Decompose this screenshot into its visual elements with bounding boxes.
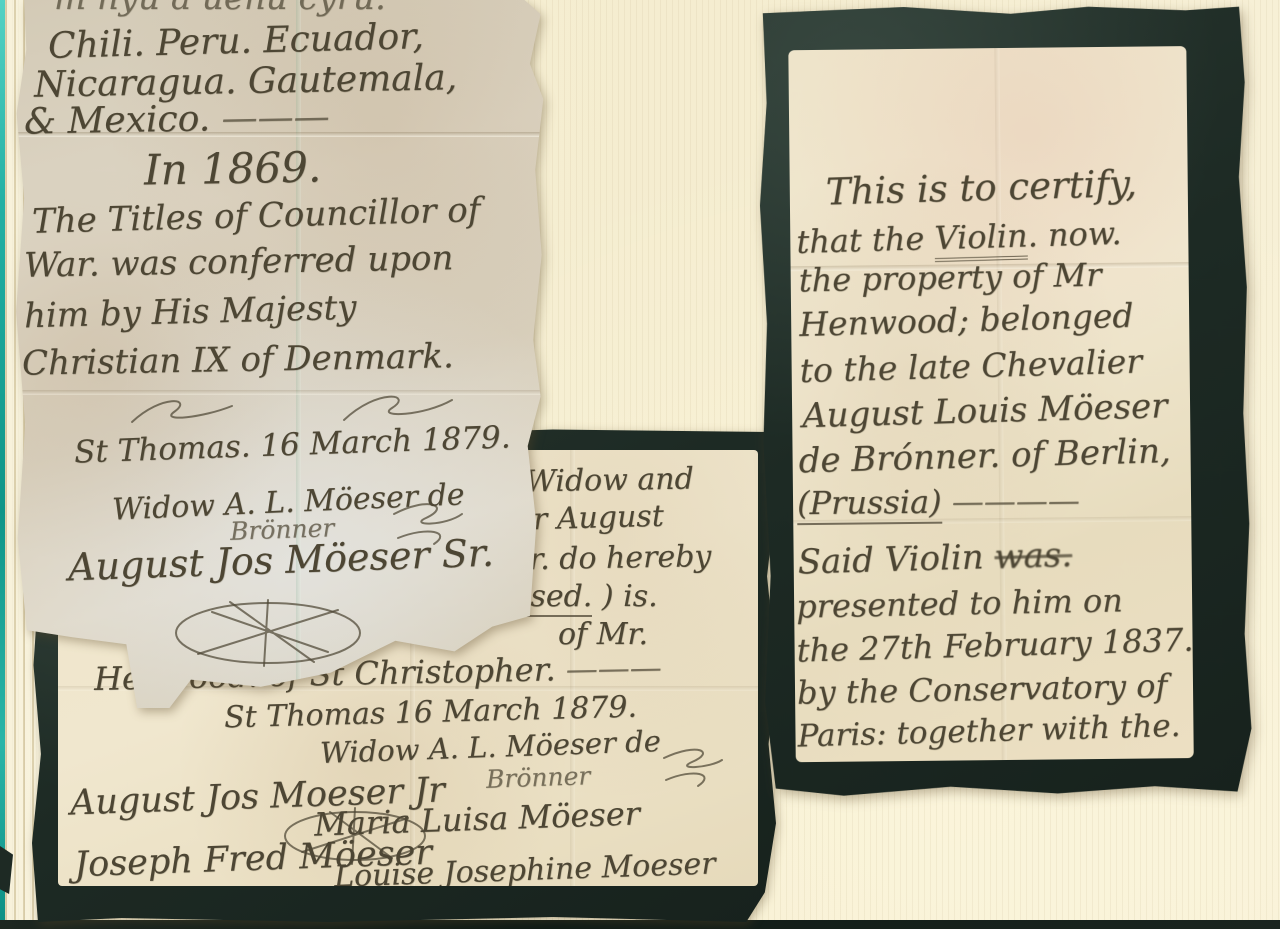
- letter-1869-document: m nyu a uenu cyru. Chili. Peru. Ecuador,…: [8, 0, 546, 708]
- flourish-squiggle-left: [128, 396, 238, 430]
- fragment-tail: ) is.: [592, 579, 657, 614]
- flourish-dash: ———: [565, 648, 662, 688]
- letter-body-line-4: Christian IX of Denmark.: [22, 338, 454, 383]
- line-9-pre: Said Violin: [797, 537, 995, 582]
- certificate-opening: This is to certify,: [825, 164, 1137, 213]
- letter-trimmed-top-line: m nyu a uenu cyru.: [54, 0, 386, 17]
- flourish-dash: ————: [952, 481, 1080, 520]
- certificate-line-5: to the late Chevalier: [799, 344, 1142, 390]
- certificate-line-4: Henwood; belonged: [799, 298, 1134, 344]
- letter-signature-august: August Jos Möeser Sr.: [67, 533, 494, 590]
- signature-underline-flourish: [148, 882, 348, 886]
- violin-certificate-document: This is to certify, that the Violin. now…: [758, 3, 1252, 796]
- letter-body-line-2: War. was conferred upon: [24, 240, 454, 285]
- underlined-word-violin: Violin: [934, 217, 1028, 263]
- certificate-line-3: the property of Mr: [798, 258, 1101, 299]
- fold-crease: [8, 390, 546, 395]
- certificate-line-12: by the Conservatory of: [797, 669, 1168, 711]
- letter-line-countries-3: & Mexico. ———: [24, 97, 330, 142]
- scanned-album-page: Widow and lier August ner. do hereby cea…: [0, 0, 1280, 929]
- signature-flourish-squiggle: [658, 746, 728, 792]
- scanner-edge-left: [0, 0, 5, 929]
- certificate-line-11: the 27th February 1837.: [796, 623, 1194, 669]
- signature-flourish-oval: [168, 594, 368, 672]
- letter-body-line-3: him by His Majesty: [24, 290, 357, 336]
- letter-body-line-1: The Titles of Councillor of: [32, 192, 481, 241]
- line-2-pre: that the: [796, 219, 935, 261]
- underlined-word-prussia: (Prussia): [797, 483, 942, 526]
- certificate-line-13: Paris: together with the.: [797, 709, 1181, 754]
- declaration-signature-widow: Widow A. L. Möeser de: [320, 726, 662, 770]
- certificate-line-9: Said Violin was.: [797, 537, 1072, 582]
- certificate-line-8: (Prussia) ————: [797, 483, 1080, 521]
- certificate-line-10: presented to him on: [796, 583, 1123, 624]
- letter-paper: m nyu a uenu cyru. Chili. Peru. Ecuador,…: [8, 0, 546, 708]
- mexico-text: & Mexico.: [24, 98, 211, 142]
- declaration-line-fragment: of Mr.: [558, 618, 648, 651]
- certificate-paper: This is to certify, that the Violin. now…: [788, 46, 1193, 762]
- letter-year-heading: In 1869.: [144, 144, 322, 193]
- flourish-dash: ———: [221, 96, 330, 139]
- certificate-line-2: that the Violin. now.: [796, 216, 1122, 260]
- declaration-signature-widow-2: Brönner: [486, 762, 591, 793]
- certificate-line-7: de Brónner. of Berlin,: [798, 433, 1171, 481]
- certificate-line-6: August Louis Möeser: [802, 388, 1168, 436]
- smudged-word-was: was.: [994, 535, 1073, 577]
- line-2-post: . now.: [1027, 214, 1122, 255]
- declaration-line-fragment: Widow and: [525, 463, 694, 499]
